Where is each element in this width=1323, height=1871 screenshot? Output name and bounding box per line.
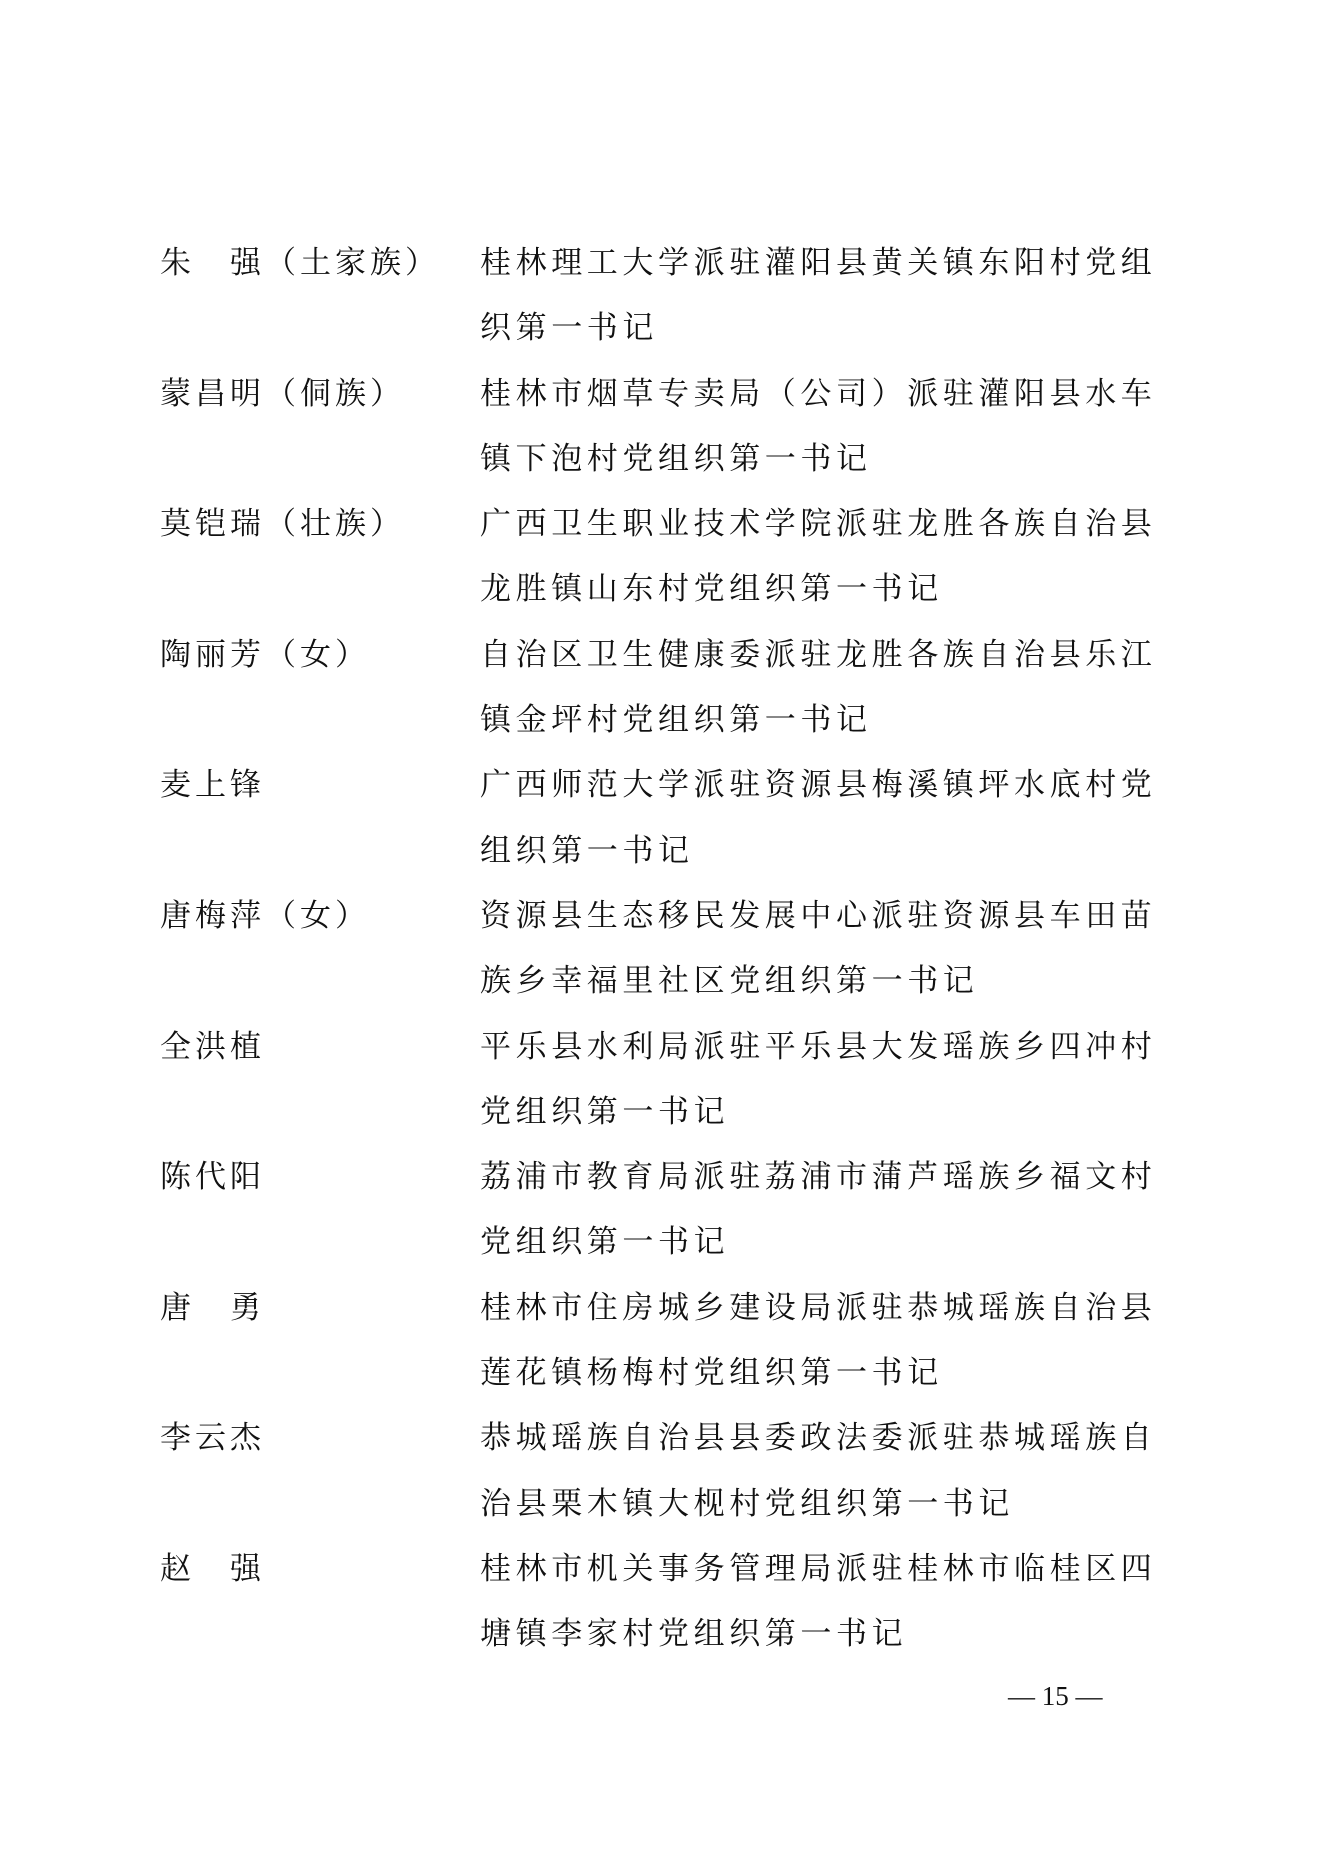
document-page: 朱 强（土家族） 桂林理工大学派驻灌阳县黄关镇东阳村党组 织第一书记 蒙昌明（侗… [0, 0, 1323, 1871]
person-name: 赵 强 [160, 1537, 480, 1602]
description-line: 族乡幸福里社区党组织第一书记 [480, 949, 1180, 1014]
assignment-description: 桂林理工大学派驻灌阳县黄关镇东阳村党组 织第一书记 [480, 231, 1180, 362]
description-line: 治县栗木镇大枧村党组织第一书记 [480, 1472, 1180, 1537]
list-item: 唐梅萍（女） 资源县生态移民发展中心派驻资源县车田苗 族乡幸福里社区党组织第一书… [160, 884, 1170, 1015]
list-item: 李云杰 恭城瑶族自治县县委政法委派驻恭城瑶族自 治县栗木镇大枧村党组织第一书记 [160, 1406, 1170, 1537]
list-item: 唐 勇 桂林市住房城乡建设局派驻恭城瑶族自治县 莲花镇杨梅村党组织第一书记 [160, 1276, 1170, 1407]
description-line: 织第一书记 [480, 296, 1180, 361]
description-line: 广西卫生职业技术学院派驻龙胜各族自治县 [480, 492, 1180, 557]
person-name: 莫铠瑞（壮族） [160, 492, 480, 557]
description-line: 平乐县水利局派驻平乐县大发瑶族乡四冲村 [480, 1015, 1180, 1080]
list-item: 莫铠瑞（壮族） 广西卫生职业技术学院派驻龙胜各族自治县 龙胜镇山东村党组织第一书… [160, 492, 1170, 623]
description-line: 自治区卫生健康委派驻龙胜各族自治县乐江 [480, 623, 1180, 688]
list-item: 陶丽芳（女） 自治区卫生健康委派驻龙胜各族自治县乐江 镇金坪村党组织第一书记 [160, 623, 1170, 754]
person-name: 朱 强（土家族） [160, 231, 480, 296]
person-name: 唐梅萍（女） [160, 884, 480, 949]
list-item: 蒙昌明（侗族） 桂林市烟草专卖局（公司）派驻灌阳县水车 镇下泡村党组织第一书记 [160, 362, 1170, 493]
list-item: 全洪植 平乐县水利局派驻平乐县大发瑶族乡四冲村 党组织第一书记 [160, 1015, 1170, 1146]
assignment-description: 广西卫生职业技术学院派驻龙胜各族自治县 龙胜镇山东村党组织第一书记 [480, 492, 1180, 623]
list-item: 麦上锋 广西师范大学派驻资源县梅溪镇坪水底村党 组织第一书记 [160, 753, 1170, 884]
page-number: — 15 — [1008, 1676, 1103, 1716]
person-name: 唐 勇 [160, 1276, 480, 1341]
assignment-description: 平乐县水利局派驻平乐县大发瑶族乡四冲村 党组织第一书记 [480, 1015, 1180, 1146]
description-line: 镇下泡村党组织第一书记 [480, 427, 1180, 492]
assignment-description: 荔浦市教育局派驻荔浦市蒲芦瑶族乡福文村 党组织第一书记 [480, 1145, 1180, 1276]
description-line: 党组织第一书记 [480, 1080, 1180, 1145]
description-line: 镇金坪村党组织第一书记 [480, 688, 1180, 753]
assignment-description: 自治区卫生健康委派驻龙胜各族自治县乐江 镇金坪村党组织第一书记 [480, 623, 1180, 754]
person-name: 李云杰 [160, 1406, 480, 1471]
person-name: 麦上锋 [160, 753, 480, 818]
description-line: 广西师范大学派驻资源县梅溪镇坪水底村党 [480, 753, 1180, 818]
list-item: 陈代阳 荔浦市教育局派驻荔浦市蒲芦瑶族乡福文村 党组织第一书记 [160, 1145, 1170, 1276]
assignment-description: 桂林市烟草专卖局（公司）派驻灌阳县水车 镇下泡村党组织第一书记 [480, 362, 1180, 493]
assignment-description: 恭城瑶族自治县县委政法委派驻恭城瑶族自 治县栗木镇大枧村党组织第一书记 [480, 1406, 1180, 1537]
assignment-description: 桂林市机关事务管理局派驻桂林市临桂区四 塘镇李家村党组织第一书记 [480, 1537, 1180, 1668]
list-item: 赵 强 桂林市机关事务管理局派驻桂林市临桂区四 塘镇李家村党组织第一书记 [160, 1537, 1170, 1668]
person-name: 陈代阳 [160, 1145, 480, 1210]
description-line: 桂林市住房城乡建设局派驻恭城瑶族自治县 [480, 1276, 1180, 1341]
description-line: 恭城瑶族自治县县委政法委派驻恭城瑶族自 [480, 1406, 1180, 1471]
description-line: 桂林市烟草专卖局（公司）派驻灌阳县水车 [480, 362, 1180, 427]
assignment-description: 广西师范大学派驻资源县梅溪镇坪水底村党 组织第一书记 [480, 753, 1180, 884]
secretary-list: 朱 强（土家族） 桂林理工大学派驻灌阳县黄关镇东阳村党组 织第一书记 蒙昌明（侗… [160, 231, 1170, 1668]
description-line: 塘镇李家村党组织第一书记 [480, 1602, 1180, 1667]
description-line: 党组织第一书记 [480, 1210, 1180, 1275]
description-line: 龙胜镇山东村党组织第一书记 [480, 557, 1180, 622]
list-item: 朱 强（土家族） 桂林理工大学派驻灌阳县黄关镇东阳村党组 织第一书记 [160, 231, 1170, 362]
description-line: 组织第一书记 [480, 819, 1180, 884]
person-name: 陶丽芳（女） [160, 623, 480, 688]
description-line: 荔浦市教育局派驻荔浦市蒲芦瑶族乡福文村 [480, 1145, 1180, 1210]
person-name: 全洪植 [160, 1015, 480, 1080]
assignment-description: 资源县生态移民发展中心派驻资源县车田苗 族乡幸福里社区党组织第一书记 [480, 884, 1180, 1015]
description-line: 桂林理工大学派驻灌阳县黄关镇东阳村党组 [480, 231, 1180, 296]
description-line: 莲花镇杨梅村党组织第一书记 [480, 1341, 1180, 1406]
assignment-description: 桂林市住房城乡建设局派驻恭城瑶族自治县 莲花镇杨梅村党组织第一书记 [480, 1276, 1180, 1407]
description-line: 资源县生态移民发展中心派驻资源县车田苗 [480, 884, 1180, 949]
person-name: 蒙昌明（侗族） [160, 362, 480, 427]
description-line: 桂林市机关事务管理局派驻桂林市临桂区四 [480, 1537, 1180, 1602]
